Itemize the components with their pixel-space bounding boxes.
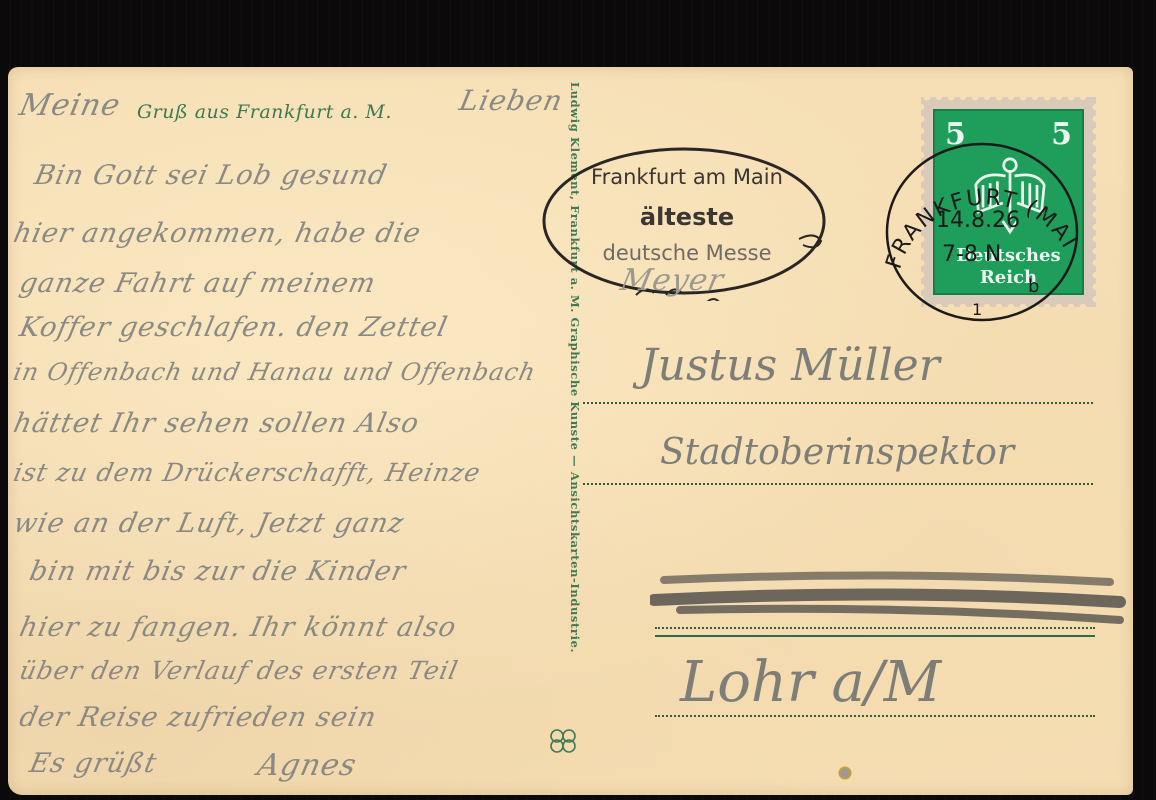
printed-greeting: Gruß aus Frankfurt a. M. (137, 101, 392, 123)
slogan-cancellation: Frankfurt am Main älteste deutsche Messe… (541, 145, 833, 301)
pencil-overwrite: Meyer (617, 263, 727, 298)
crossed-out-address (650, 560, 1130, 660)
message-line: Es grüßt (27, 748, 160, 779)
postmark-date: 14.8.26 (936, 208, 1020, 233)
signature: Agnes (254, 748, 360, 783)
address-line-4 (655, 715, 1095, 717)
message-line: ist zu dem Drückerschafft, Heinze (11, 458, 484, 487)
message-line: ganze Fahrt auf meinem (17, 268, 379, 299)
postmark-ring-icon: FRANKFURT (MAIN) (880, 140, 1085, 330)
postmark-office: 1 (972, 300, 982, 319)
postmark-time: 7-8 N (942, 242, 1001, 267)
message-line: wie an der Luft, Jetzt ganz (11, 508, 407, 539)
message-line: hier zu fangen. Ihr könnt also (17, 612, 460, 643)
slogan-line: Frankfurt am Main (541, 165, 833, 189)
message-line: Bin Gott sei Lob gesund (32, 160, 390, 191)
recipient-name: Justus Müller (640, 340, 940, 391)
destination-town: Lohr a/M (680, 650, 941, 715)
salutation-left: Meine (16, 88, 124, 123)
slogan-line: älteste (541, 203, 833, 231)
message-line: hier angekommen, habe die (11, 218, 424, 249)
message-line: in Offenbach und Hanau und Offenbach (11, 358, 539, 386)
message-line: Koffer geschlafen. den Zettel (17, 312, 451, 343)
address-line-1 (583, 402, 1093, 404)
slogan-line: deutsche Messe (541, 241, 833, 265)
clover-icon (548, 727, 578, 755)
address-line-2 (583, 483, 1093, 485)
message-line: der Reise zufrieden sein (17, 702, 380, 733)
message-line: hättet Ihr sehen sollen Also (11, 408, 422, 439)
message-line: bin mit bis zur die Kinder (27, 556, 409, 587)
recipient-title: Stadtoberinspektor (660, 432, 1014, 473)
circular-postmark: FRANKFURT (MAIN) 14.8.26 7-8 N b 1 (880, 140, 1085, 330)
salutation-right: Lieben (456, 84, 566, 117)
postmark-suffix: b (1028, 276, 1039, 297)
message-line: über den Verlauf des ersten Teil (17, 656, 461, 685)
pin-hole (838, 766, 852, 780)
